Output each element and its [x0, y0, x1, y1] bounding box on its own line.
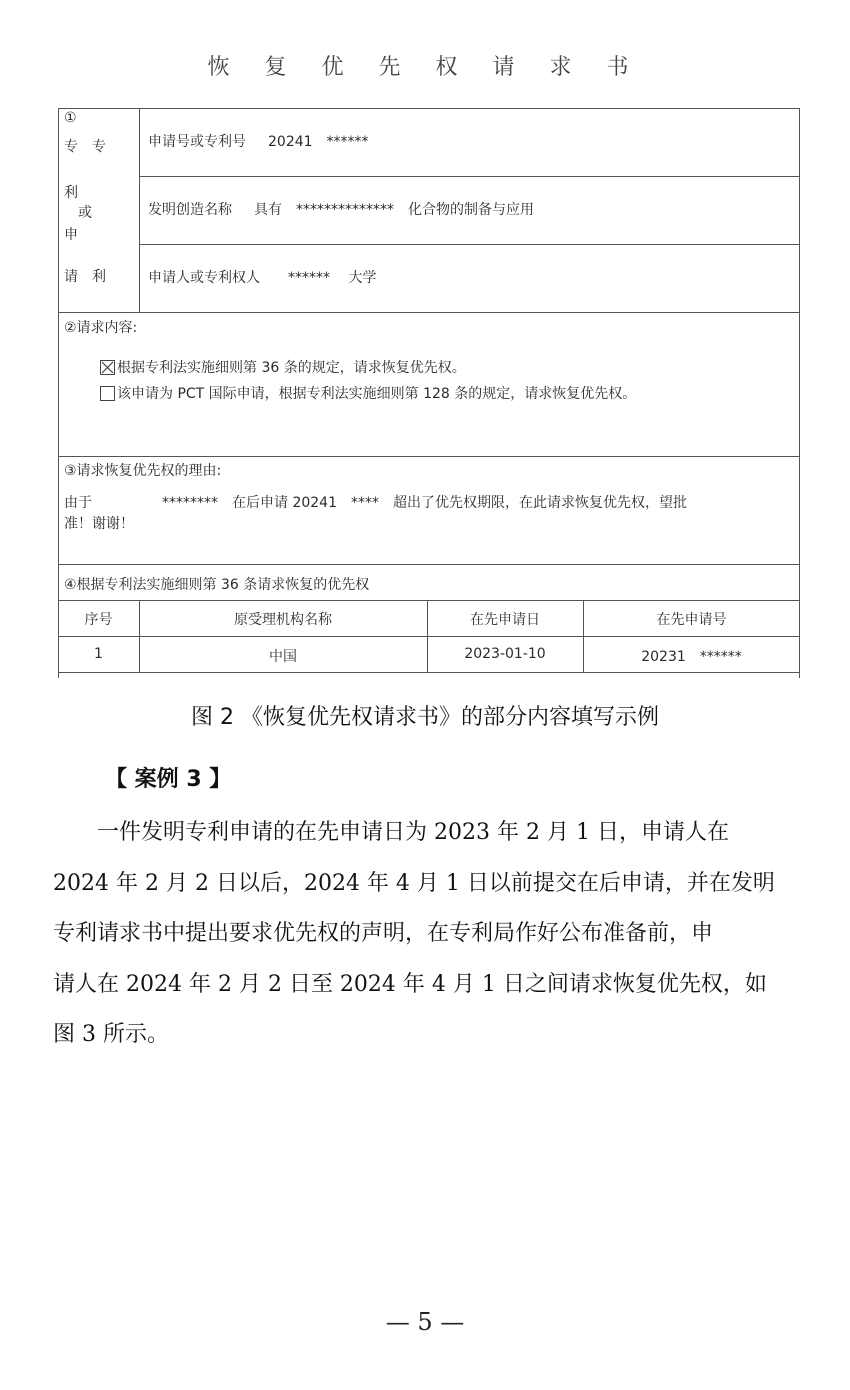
- section-heading: ④根据专利法实施细则第 36 条请求恢复的优先权: [64, 574, 369, 594]
- paragraph-line: 请人在 2024 年 2 月 2 日至 2024 年 4 月 1 日之间请求恢复…: [53, 960, 805, 1011]
- paragraph-line: 图 3 所示。: [53, 1010, 805, 1061]
- section-number: ①: [64, 110, 77, 126]
- option-article-36[interactable]: 根据专利法实施细则第 36 条的规定，请求恢复优先权。: [100, 357, 466, 377]
- paragraph-line: 2024 年 2 月 2 日以后，2024 年 4 月 1 日以前提交在后申请，…: [53, 859, 805, 910]
- option-label: 该申请为 PCT 国际申请，根据专利法实施细则第 128 条的规定，请求恢复优先…: [117, 386, 636, 402]
- paragraph-line: 一件发明专利申请的在先申请日为 2023 年 2 月 1 日，申请人在: [53, 808, 805, 859]
- checkbox-unchecked[interactable]: [100, 386, 115, 401]
- option-pct-article-128[interactable]: 该申请为 PCT 国际申请，根据专利法实施细则第 128 条的规定，请求恢复优先…: [100, 383, 636, 403]
- checkbox-checked[interactable]: [100, 360, 115, 375]
- option-label: 根据专利法实施细则第 36 条的规定，请求恢复优先权。: [117, 360, 466, 376]
- reason-text-line1: 由于 ******** 在后申请 20241 **** 超出了优先权期限，在此请…: [64, 492, 687, 512]
- paragraph-line: 专利请求书中提出要求优先权的声明，在专利局作好公布准备前，申: [53, 909, 805, 960]
- application-number-value: 20241 ******: [268, 131, 369, 151]
- section-heading: ②请求内容:: [64, 317, 137, 337]
- column-header: 序号: [58, 609, 139, 629]
- case-label: 【 案例 3 】: [105, 762, 231, 793]
- figure-caption: 图 2 《恢复优先权请求书》的部分内容填写示例: [0, 700, 850, 731]
- field-label: 申请号或专利号: [148, 131, 246, 151]
- page-number: — 5 —: [0, 1308, 850, 1336]
- cell-date: 2023-01-10: [427, 646, 583, 662]
- applicant-value: ****** 大学: [288, 267, 376, 287]
- priority-restoration-form: ① 专 专 利 或 申 请 利 申请号或专利号 20241 ****** 发明创…: [58, 108, 800, 678]
- cell-office: 中国: [139, 646, 427, 666]
- cell-number: 20231 ******: [583, 646, 800, 666]
- column-header: 在先申请日: [427, 609, 583, 629]
- cell-serial: 1: [58, 646, 139, 662]
- form-title: 恢 复 优 先 权 请 求 书: [0, 50, 850, 81]
- field-label: 发明创造名称: [148, 199, 232, 219]
- column-header: 在先申请号: [583, 609, 800, 629]
- field-label: 申请人或专利权人: [148, 267, 260, 287]
- invention-title-value: 具有 ************** 化合物的制备与应用: [254, 199, 534, 219]
- section-heading: ③请求恢复优先权的理由:: [64, 460, 221, 480]
- case-paragraph: 一件发明专利申请的在先申请日为 2023 年 2 月 1 日，申请人在 2024…: [53, 808, 805, 1061]
- section1-divider: [139, 108, 140, 313]
- column-header: 原受理机构名称: [139, 609, 427, 629]
- reason-text-line2: 准！谢谢！: [64, 513, 134, 533]
